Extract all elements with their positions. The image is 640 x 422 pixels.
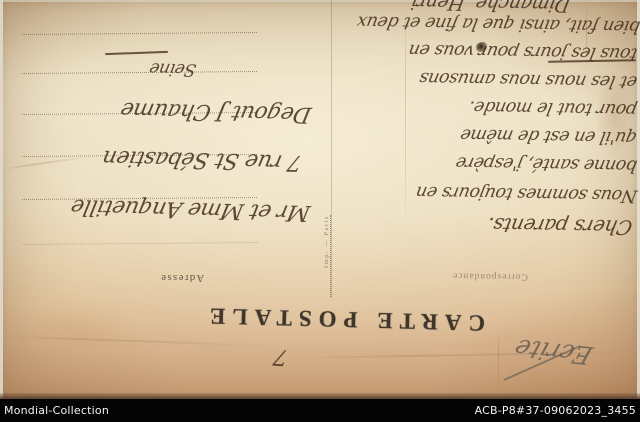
catalog-bar: Mondial-Collection ACB-P8#37-09062023_34…	[0, 399, 640, 422]
collection-watermark: Mondial-Collection	[4, 404, 109, 417]
handwriting-line: bien fait, ainsi que la fine et deux	[243, 10, 640, 37]
catalog-reference: ACB-P8#37-09062023_3455	[475, 404, 636, 417]
scanned-postcard-view: CARTE POSTALE Adresse Correspondance Imp…	[0, 0, 640, 422]
address-handwriting-line: Seine	[76, 57, 198, 80]
pen-mark: 7	[271, 344, 290, 370]
handwriting-line: bonne santé, j'espère	[343, 150, 639, 175]
adresse-label: Adresse	[148, 272, 216, 283]
printer-mark: Imp. — Paris	[323, 112, 330, 268]
address-handwriting-line: 7 rue St Sébastien	[0, 142, 304, 175]
card-divider-line	[331, 0, 332, 298]
card-divider-dashed-segment	[330, 215, 331, 297]
address-rule-line	[22, 242, 257, 245]
carte-postale-heading: CARTE POSTALE	[193, 302, 496, 336]
handwriting-line: pour tout le monde.	[338, 94, 639, 119]
postcard-photo: CARTE POSTALE Adresse Correspondance Imp…	[0, 0, 640, 399]
pen-stroke	[105, 51, 168, 55]
correspondance-label: Correspondance	[432, 270, 548, 281]
handwriting-line: et les nous nous amusons	[333, 66, 639, 91]
address-handwriting-line: Degout J Chaume	[13, 94, 314, 127]
handwriting-line: Nous sommes toujours en	[343, 180, 639, 205]
pencil-note: Ecrite	[488, 331, 597, 370]
paper-stain	[20, 300, 140, 360]
address-handwriting-line: Mr et Mme Anquetille	[0, 192, 312, 225]
handwriting-line: Chers parents.	[335, 210, 635, 239]
handwriting-line: qu'il en est de même	[340, 122, 639, 147]
address-rule-line	[22, 32, 257, 35]
